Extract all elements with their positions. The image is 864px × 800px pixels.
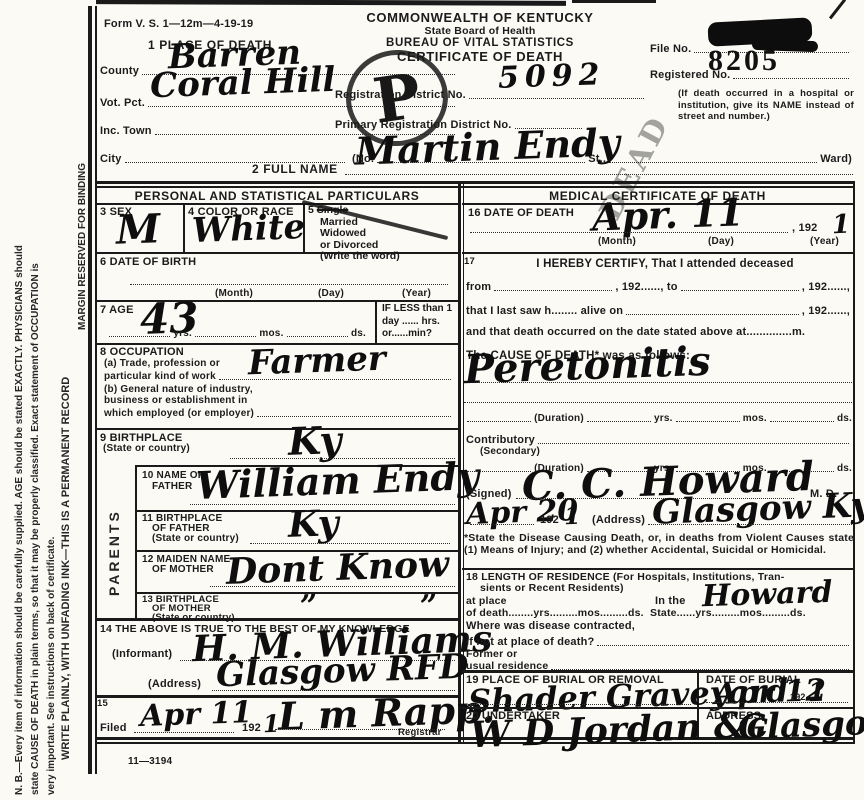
color-race-handwritten: White — [191, 210, 305, 248]
registered-no-stamp: 8205 — [708, 44, 780, 78]
header-titles: COMMONWEALTH OF KENTUCKY State Board of … — [290, 10, 670, 64]
age-label: 7 AGE — [100, 304, 134, 316]
dod-year-handwritten: 1 — [832, 212, 851, 239]
informant-address-handwritten: Glasgow RFD — [215, 650, 469, 693]
if-less-line2: day ...... hrs. — [382, 316, 452, 329]
disease-contracted-label: Where was disease contracted, — [466, 620, 635, 632]
informant-label: (Informant) — [112, 648, 172, 660]
if-less-line1: IF LESS than 1 — [382, 303, 452, 316]
section-15-number: 15 — [97, 698, 108, 709]
sex-handwritten: M — [115, 209, 161, 251]
table-top-border — [95, 181, 855, 184]
signed-address-label: (Address) — [592, 514, 645, 526]
birthplace-handwritten: Ky — [287, 421, 342, 461]
dotted-line — [470, 232, 788, 233]
filed-date-handwritten: Apr 11 — [140, 698, 253, 732]
death-occurred-line: and that death occurred on the date stat… — [466, 326, 805, 338]
cell-divider — [375, 300, 377, 343]
dob-day-caption: (Day) — [318, 288, 344, 299]
duration-label: (Duration) — [534, 413, 584, 424]
contributory-label: Contributory — [466, 434, 535, 446]
occupation-a-line1: (a) Trade, profession or — [104, 358, 220, 369]
contributory-row: Contributory — [466, 432, 852, 446]
voting-precinct-handwritten: Coral Hill — [149, 63, 335, 103]
dotted-leader — [770, 421, 834, 422]
date-of-death-label: 16 DATE OF DEATH — [468, 207, 574, 219]
father-birthplace-label-line3: (State or country) — [152, 533, 239, 544]
certificate-left-border — [88, 6, 92, 774]
dotted-leader — [626, 314, 799, 315]
occupation-b-line2: business or establishment in — [104, 395, 247, 406]
dotted-line — [210, 586, 455, 587]
father-birthplace-handwritten: Ky — [287, 505, 339, 543]
dob-year-caption: (Year) — [402, 288, 431, 299]
occupation-b-line3-row: which employed (or employer) — [104, 406, 454, 419]
from-year-segment: , 192......, to — [615, 281, 677, 293]
ward-label: Ward) — [820, 153, 852, 165]
filed-year-printed: 192 — [242, 722, 261, 734]
dotted-line — [130, 284, 448, 285]
age-yrs-label: yrs. — [173, 328, 192, 339]
scan-tear-mark — [96, 0, 566, 6]
undertaker-address-handwritten: Glasgow — [737, 705, 864, 745]
last-saw-label: that I last saw h........ alive on — [466, 305, 623, 317]
dotted-leader — [195, 336, 256, 337]
last-saw-year-segment: , 192......, — [802, 305, 850, 317]
age-units-row: yrs. mos. ds. — [106, 324, 366, 339]
occupation-b-line3: which employed (or employer) — [104, 408, 254, 419]
divider — [462, 670, 853, 673]
dotted-line — [470, 524, 534, 525]
father-name-label-line2: FATHER — [152, 481, 192, 492]
last-saw-row: that I last saw h........ alive on , 192… — [466, 302, 850, 317]
residence-section-line2: sients or Recent Residents) — [480, 582, 624, 594]
dotted-leader — [467, 421, 531, 422]
table-top-border-inner — [95, 186, 855, 188]
duration-mos-label: mos. — [743, 413, 767, 424]
form-number: Form V. S. 1—12m—4-19-19 — [104, 18, 253, 30]
informant-address-label: (Address) — [148, 678, 201, 690]
occupation-label: 8 OCCUPATION — [100, 346, 184, 358]
filed-label: Filed — [100, 722, 127, 734]
state-board-subtitle: State Board of Health — [290, 25, 670, 37]
certificate-left-border-inner — [95, 6, 97, 774]
dotted-leader — [597, 645, 849, 646]
state-durations: State......yrs.........mos.........ds. — [650, 607, 806, 619]
duration-ds-label: ds. — [837, 413, 852, 424]
dod-year-caption: (Year) — [810, 236, 839, 247]
scan-slash-mark — [829, 0, 846, 19]
table-right-border — [853, 181, 855, 742]
personal-section-title: PERSONAL AND STATISTICAL PARTICULARS — [95, 189, 459, 203]
dotted-leader — [676, 421, 740, 422]
divider — [462, 568, 853, 570]
margin-note-nb-line2: state CAUSE OF DEATH in plain terms, so … — [30, 263, 41, 795]
date-of-birth-label: 6 DATE OF BIRTH — [100, 256, 196, 268]
dotted-leader — [287, 336, 348, 337]
dob-month-caption: (Month) — [215, 288, 253, 299]
city-label: City — [100, 153, 122, 165]
dotted-leader — [587, 421, 651, 422]
dod-day-caption: (Day) — [708, 236, 734, 247]
date-of-death-handwritten: Apr. 11 — [591, 193, 744, 236]
signed-year-handwritten: 1 — [564, 504, 582, 529]
commonwealth-title: COMMONWEALTH OF KENTUCKY — [290, 10, 670, 25]
file-no-label: File No. — [650, 43, 691, 55]
dotted-leader — [494, 290, 612, 291]
dotted-leader — [109, 336, 170, 337]
margin-note-write-plainly: WRITE PLAINLY, WITH UNFADING INK—THIS IS… — [60, 377, 72, 760]
hospital-note: (If death occurred in a hospital or inst… — [678, 88, 854, 123]
duration-yrs-label: yrs. — [654, 413, 673, 424]
full-name-label: 2 FULL NAME — [252, 162, 338, 176]
dotted-leader — [681, 290, 799, 291]
age-mos-label: mos. — [259, 328, 283, 339]
cell-divider — [183, 203, 185, 252]
dotted-line — [466, 704, 691, 705]
county-label: County — [100, 65, 139, 77]
divider — [462, 252, 853, 254]
duration-ds-label-2: ds. — [837, 463, 852, 474]
birthplace-sub-label: (State or country) — [103, 443, 190, 454]
registrar-label: Registrar — [398, 727, 442, 738]
dod-year-printed: , 192 — [792, 222, 817, 234]
undertaker-handwritten: W D Jordan &c — [469, 707, 768, 753]
violent-causes-footnote: *State the Disease Causing Death, or, in… — [464, 532, 854, 556]
if-not-at-place-row: if not at place of death? — [466, 634, 852, 648]
dotted-leader — [469, 98, 644, 99]
if-less-line3: or......min? — [382, 328, 452, 341]
dotted-line — [706, 702, 848, 703]
margin-note-binding: MARGIN RESERVED FOR BINDING — [77, 163, 88, 330]
occupation-handwritten: Farmer — [247, 342, 386, 381]
signed-year-printed: 192 — [540, 514, 559, 526]
margin-note-nb-line3: very important. See instructions on back… — [46, 537, 57, 795]
registration-district-handwritten: 5092 — [498, 60, 606, 94]
parents-strip-divider — [135, 465, 137, 618]
marital-hint: (Write the word) — [308, 251, 456, 263]
parents-vertical-label: PARENTS — [106, 509, 122, 596]
if-less-cell: IF LESS than 1 day ...... hrs. or......m… — [382, 303, 452, 341]
if-not-label: if not at place of death? — [466, 636, 594, 648]
from-label: from — [466, 281, 491, 293]
cause-of-death-handwritten: Peretonitis — [463, 342, 711, 391]
father-name-handwritten: William Endy — [195, 457, 479, 505]
in-the-label: In the — [655, 595, 686, 607]
occupation-a-line2: particular kind of work — [104, 371, 216, 382]
divider — [95, 428, 459, 430]
margin-note-nb-line1: N. B.—Every item of information should b… — [14, 245, 25, 795]
mother-maiden-label-line2: OF MOTHER — [152, 564, 214, 575]
inc-town-label: Inc. Town — [100, 125, 152, 137]
section-17-number: 17 — [464, 256, 475, 267]
certify-statement: I HEREBY CERTIFY, That I attended deceas… — [480, 258, 850, 270]
secondary-label: (Secondary) — [480, 446, 540, 457]
cause-duration-row: (Duration) yrs. mos. ds. — [464, 410, 852, 424]
voting-precinct-label: Vot. Pct. — [100, 97, 145, 109]
form-code: 11—3194 — [128, 756, 172, 767]
scan-tear-mark — [572, 0, 656, 3]
full-name-handwritten: Martin Endy — [354, 123, 620, 170]
dotted-line — [464, 402, 852, 403]
dotted-line — [648, 524, 852, 525]
dotted-leader — [257, 416, 451, 417]
death-certificate-scan: N. B.—Every item of information should b… — [0, 0, 864, 800]
dod-month-caption: (Month) — [598, 236, 636, 247]
dotted-leader — [733, 78, 849, 79]
attended-from-row: from , 192......, to , 192......, — [466, 278, 850, 293]
dotted-leader — [538, 443, 849, 444]
burial-year-printed: 192 — [790, 692, 806, 702]
of-death-durations: of death........yrs.........mos.........… — [466, 607, 644, 619]
bureau-subtitle: BUREAU OF VITAL STATISTICS — [290, 37, 670, 49]
certificate-title: CERTIFICATE OF DEATH — [290, 49, 670, 64]
mother-maiden-handwritten: Dont Know — [225, 546, 449, 590]
to-year-segment: , 192......, — [802, 281, 850, 293]
at-place-label: at place — [466, 595, 507, 607]
occupation-b-line1: (b) General nature of industry, — [104, 384, 253, 395]
dotted-line — [345, 174, 853, 175]
age-ds-label: ds. — [351, 328, 366, 339]
